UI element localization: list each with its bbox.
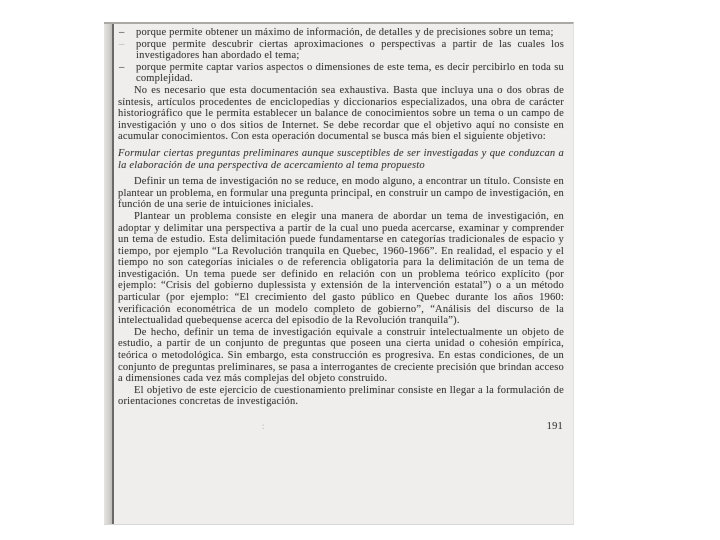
spine-line	[112, 24, 114, 524]
paragraph-documentation: No es necesario que esta documentación s…	[118, 85, 564, 143]
page-number: 191	[547, 421, 563, 433]
bullet-dash: –	[119, 39, 124, 51]
bullet-text: porque permite obtener un máximo de info…	[136, 27, 554, 38]
paragraph-plantear: Plantear un problema consiste en elegir …	[118, 211, 564, 327]
bullet-dash: –	[119, 62, 124, 74]
paragraph-el-objetivo: El objetivo de este ejercicio de cuestio…	[118, 385, 564, 408]
paragraph-definir: Definir un tema de investigación no se r…	[118, 176, 564, 211]
objective-italic-paragraph: Formular ciertas preguntas preliminares …	[118, 148, 564, 171]
scanned-book-page: – porque permite obtener un máximo de in…	[104, 22, 574, 525]
paragraph-de-hecho: De hecho, definir un tema de investigaci…	[118, 327, 564, 385]
bullet-text: porque permite captar varios aspectos o …	[136, 62, 564, 85]
page-content: – porque permite obtener un máximo de in…	[118, 27, 564, 524]
footer-scan-mark: :	[262, 421, 265, 433]
bullet-item-2: – porque permite descubrir ciertas aprox…	[118, 39, 564, 62]
bullet-text: porque permite descubrir ciertas aproxim…	[136, 39, 564, 62]
page-footer: : 191	[118, 421, 564, 435]
bullet-dash: –	[119, 27, 124, 39]
page-gutter-shadow	[104, 24, 112, 524]
bullet-item-1: – porque permite obtener un máximo de in…	[118, 27, 564, 39]
bullet-item-3: – porque permite captar varios aspectos …	[118, 62, 564, 85]
